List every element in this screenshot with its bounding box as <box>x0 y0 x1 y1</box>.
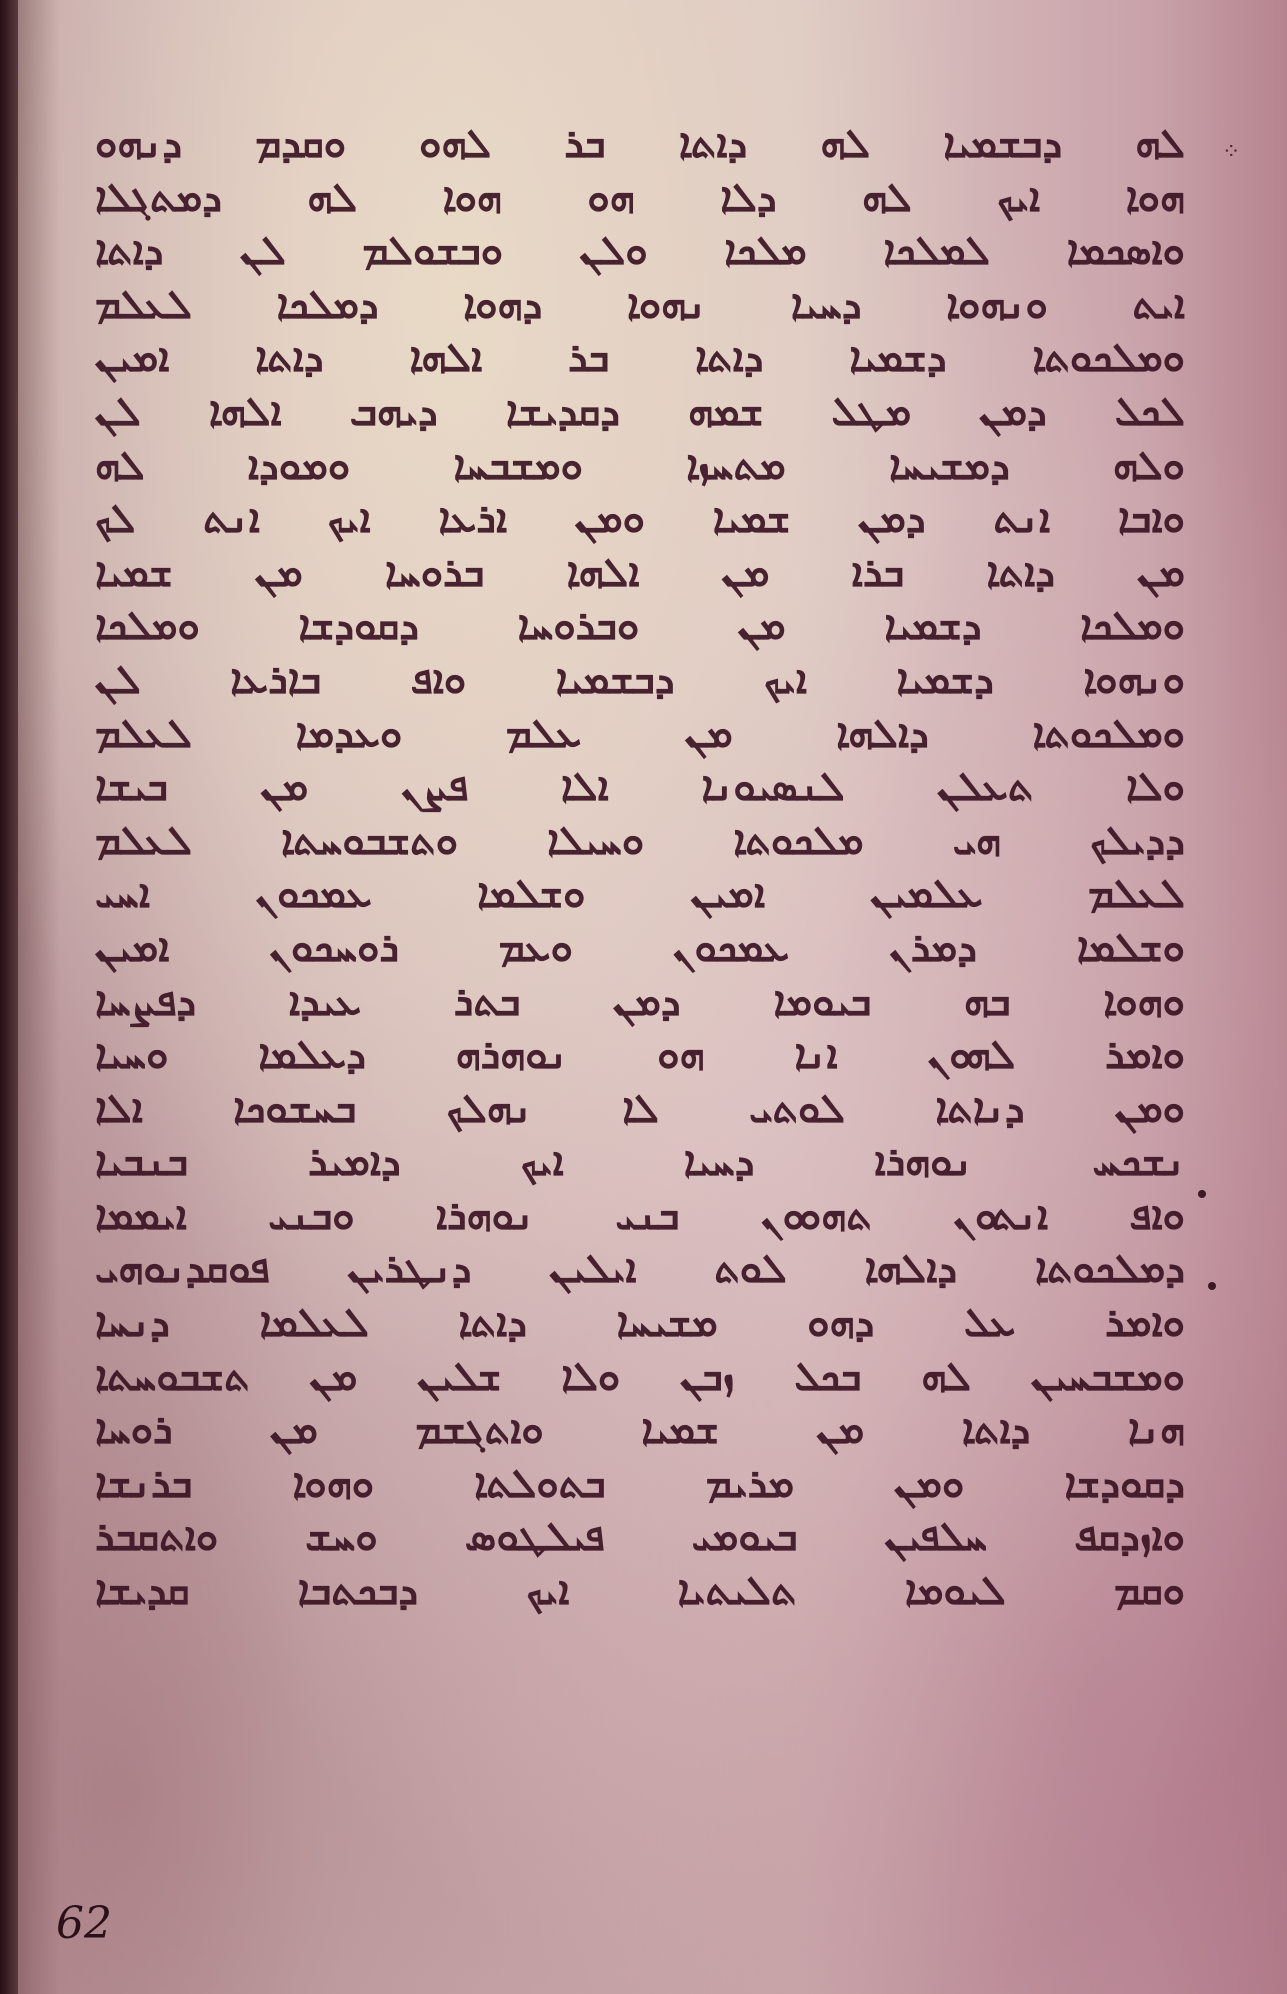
text-line: ܘܡܢ ܕܢܐܬܐ ܠܘܬܝ ܠܐ ܢܗܠܟ ܒܚܫܘܟܐ ܐܠܐ <box>95 1083 1185 1137</box>
margin-ornament: ⁘ <box>1222 140 1240 165</box>
text-line: ܘܐܡܪ ܠܗܘܢ ܐܢܐ ܗܘ ܢܘܗܪܗ ܕܥܠܡܐ ܘܚܝܐ <box>95 1029 1185 1083</box>
text-line: ܘܩܡ ܠܝܘܡܐ ܬܠܝܬܝܐ ܐܝܟ ܕܒܟܬܒܐ ܩܕܝܫܐ <box>95 1565 1185 1619</box>
text-line: ܠܟܠ ܕܡܢ ܡܛܠ ܫܡܗ ܕܩܕܝܫܐ ܕܝܗܒ ܐܠܗܐ ܠܢ <box>95 386 1185 440</box>
ink-dot <box>1208 1282 1216 1290</box>
text-line: ܗܢܐ ܕܐܬܐ ܡܢ ܫܡܝܐ ܘܐܬܓܫܡ ܡܢ ܪܘܚܐ <box>95 1404 1185 1458</box>
text-line: ܘܡܠܟܐ ܕܫܡܝܐ ܡܢ ܘܒܪܘܚܐ ܕܩܘܕܫܐ ܘܡܠܟܐ <box>95 600 1185 654</box>
manuscript-page: ⁘ ܠܗ ܕܒܫܡܝܐ ܠܗ ܕܐܬܐ ܒܪ ܠܗܘ ܘܩܕܡ ܕܢܗܘ ܗܘܐ… <box>0 0 1287 1994</box>
text-line: ܕܩܘܕܫܐ ܘܡܢ ܡܪܝܡ ܒܬܘܠܬܐ ܘܗܘܐ ܒܪܢܫܐ <box>95 1458 1185 1512</box>
binding-edge <box>0 0 18 1994</box>
ink-dot <box>1198 1190 1206 1198</box>
text-line: ܘܫܠܡܐ ܕܡܪܢ ܥܡܟܘܢ ܘܥܡ ܪܘܚܟܘܢ ܐܡܝܢ <box>95 922 1185 976</box>
folio-number: 62 <box>56 1898 112 1949</box>
text-line: ܘܢܗܘܐ ܕܫܡܝܐ ܐܝܟ ܕܒܫܡܝܐ ܘܐܦ ܒܐܪܥܐ ܠܢ <box>95 654 1185 708</box>
text-line: ܘܐܙܕܩܦ ܚܠܦܝܢ ܒܝܘܡܝ ܦܝܠܛܘܣ ܘܚܫ ܘܐܬܩܒܪ <box>95 1511 1185 1565</box>
text-line: ܕܕܝܠܟ ܗܝ ܡܠܟܘܬܐ ܘܚܝܠܐ ܘܬܫܒܘܚܬܐ ܠܥܠܡ <box>95 815 1185 869</box>
text-block: ܠܗ ܕܒܫܡܝܐ ܠܗ ܕܐܬܐ ܒܪ ܠܗܘ ܘܩܕܡ ܕܢܗܘ ܗܘܐ ܐ… <box>95 118 1185 1619</box>
text-line: ܠܥܠܡ ܥܠܡܝܢ ܐܡܝܢ ܘܫܠܡܐ ܥܡܟܘܢ ܐܚܝ <box>95 868 1185 922</box>
text-line: ܐܝܬ ܘܢܗܘܐ ܕܚܝܐ ܢܗܘܐ ܕܗܘܐ ܕܡܠܟܐ ܠܥܠܡ <box>95 279 1185 333</box>
text-line: ܘܡܠܟܘܬܐ ܕܐܠܗܐ ܡܢ ܥܠܡ ܘܥܕܡܐ ܠܥܠܡ <box>95 708 1185 762</box>
text-line: ܘܐܡܪ ܥܠ ܕܗܘ ܡܫܝܚܐ ܕܐܬܐ ܠܥܠܡܐ ܕܢܚܐ <box>95 1297 1185 1351</box>
text-line: ܘܠܗ ܕܡܫܝܚܐ ܡܬܚܙܐ ܘܡܫܒܚܐ ܘܡܘܕܐ ܠܗ <box>95 440 1185 494</box>
text-line: ܘܡܫܒܚܝܢ ܠܗ ܒܟܠ ܙܒܢ ܘܠܐ ܫܠܝܢ ܡܢ ܬܫܒܘܚܬܐ <box>95 1351 1185 1405</box>
text-line: ܢܫܟܚ ܢܘܗܪܐ ܕܚܝܐ ܐܝܟ ܕܐܡܝܪ ܒܢܒܝܐ <box>95 1136 1185 1190</box>
text-line: ܘܐܣܟܡܐ ܠܡܠܟܐ ܡܠܟܐ ܘܠܢ ܘܒܫܘܠܡ ܠܢ ܕܐܬܐ <box>95 225 1185 279</box>
text-line: ܘܐܒܐ ܐܢܬ ܕܡܢ ܫܡܝܐ ܘܡܢ ܐܪܥܐ ܐܝܟ ܐܢܬ ܠܟ <box>95 493 1185 547</box>
text-line: ܘܗܘܐ ܒܗ ܒܝܘܡܐ ܕܡܢ ܒܬܪ ܥܝܕܐ ܕܦܨܚܐ <box>95 976 1185 1030</box>
text-line: ܘܡܠܟܘܬܐ ܕܫܡܝܐ ܕܐܬܐ ܒܪ ܐܠܗܐ ܕܐܬܐ ܐܡܝܢ <box>95 332 1185 386</box>
text-line: ܘܠܐ ܬܥܠܢ ܠܢܣܝܘܢܐ ܐܠܐ ܦܨܢ ܡܢ ܒܝܫܐ <box>95 761 1185 815</box>
text-line: ܠܗ ܕܒܫܡܝܐ ܠܗ ܕܐܬܐ ܒܪ ܠܗܘ ܘܩܕܡ ܕܢܗܘ <box>95 118 1185 172</box>
text-line: ܗܘܐ ܐܝܟ ܠܗ ܕܠܐ ܗܘ ܗܘܐ ܠܗ ܕܡܬܓܠܐ <box>95 172 1185 226</box>
text-line: ܘܐܦ ܐܢܬܘܢ ܬܗܘܘܢ ܒܢܝ ܢܘܗܪܐ ܘܒܢܝ ܐܝܡܡܐ <box>95 1190 1185 1244</box>
text-line: ܕܡܠܟܘܬܐ ܕܐܠܗܐ ܠܘܬ ܐܝܠܝܢ ܕܢܛܪܝܢ ܦܘܩܕܢܘܗܝ <box>95 1243 1185 1297</box>
text-line: ܡܢ ܕܐܬܐ ܒܪܐ ܡܢ ܐܠܗܐ ܒܪܘܚܐ ܡܢ ܫܡܝܐ <box>95 547 1185 601</box>
